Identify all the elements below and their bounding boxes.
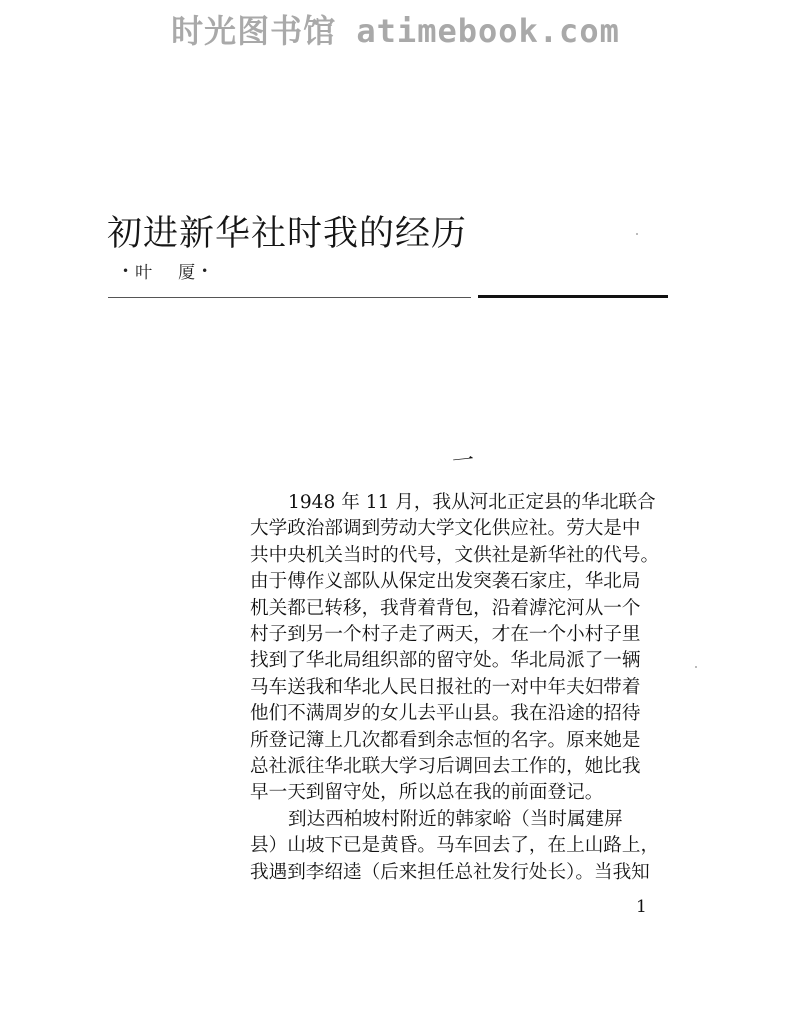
author-name-second: 厦 — [178, 258, 195, 283]
author-name-first: 叶 — [135, 258, 152, 283]
watermark: 时光图书馆 atimebook.com — [0, 6, 791, 52]
bullet-left: • — [122, 264, 129, 278]
text-line: 村子到另一个村子走了两天，才在一个小村子里 — [250, 622, 668, 648]
scan-speck — [636, 233, 638, 235]
paragraph-2: 到达西柏坡村附近的韩家峪（当时属建屏 县）山坡下已是黄昏。马车回去了，在上山路上… — [250, 807, 668, 886]
text-line: 到达西柏坡村附近的韩家峪（当时属建屏 — [250, 807, 668, 833]
scan-speck — [695, 666, 697, 668]
text-line: 县）山坡下已是黄昏。马车回去了，在上山路上， — [250, 833, 668, 859]
title-rule-thin — [108, 297, 471, 298]
title-rule-thick — [478, 295, 668, 298]
author-byline: • 叶 厦 • — [116, 258, 214, 283]
text-line: 他们不满周岁的女儿去平山县。我在沿途的招待 — [250, 701, 668, 727]
article-title: 初进新华社时我的经历 — [107, 206, 467, 256]
text-line: 大学政治部调到劳动大学文化供应社。劳大是中 — [250, 516, 668, 542]
text-line: 所登记簿上几次都看到余志恒的名字。原来她是 — [250, 728, 668, 754]
text-line: 马车送我和华北人民日报社的一对中年夫妇带着 — [250, 675, 668, 701]
text-line: 由于傅作义部队从保定出发突袭石家庄，华北局 — [250, 569, 668, 595]
section-number: 一 — [450, 443, 475, 476]
text-line: 共中央机关当时的代号，文供社是新华社的代号。 — [250, 543, 668, 569]
article-body: 1948 年 11 月，我从河北正定县的华北联合 大学政治部调到劳动大学文化供应… — [250, 490, 668, 886]
bullet-right: • — [201, 264, 208, 278]
text-line: 早一天到留守处，所以总在我的前面登记。 — [250, 780, 668, 806]
page-number: 1 — [636, 897, 647, 917]
text-line: 我遇到李绍逵（后来担任总社发行处长）。当我知 — [250, 860, 668, 886]
text-line: 机关都已转移，我背着背包，沿着滹沱河从一个 — [250, 596, 668, 622]
paragraph-1: 1948 年 11 月，我从河北正定县的华北联合 大学政治部调到劳动大学文化供应… — [250, 490, 668, 807]
text-line: 1948 年 11 月，我从河北正定县的华北联合 — [250, 490, 668, 516]
text-line: 找到了华北局组织部的留守处。华北局派了一辆 — [250, 648, 668, 674]
text-line: 总社派往华北联大学习后调回去工作的，她比我 — [250, 754, 668, 780]
